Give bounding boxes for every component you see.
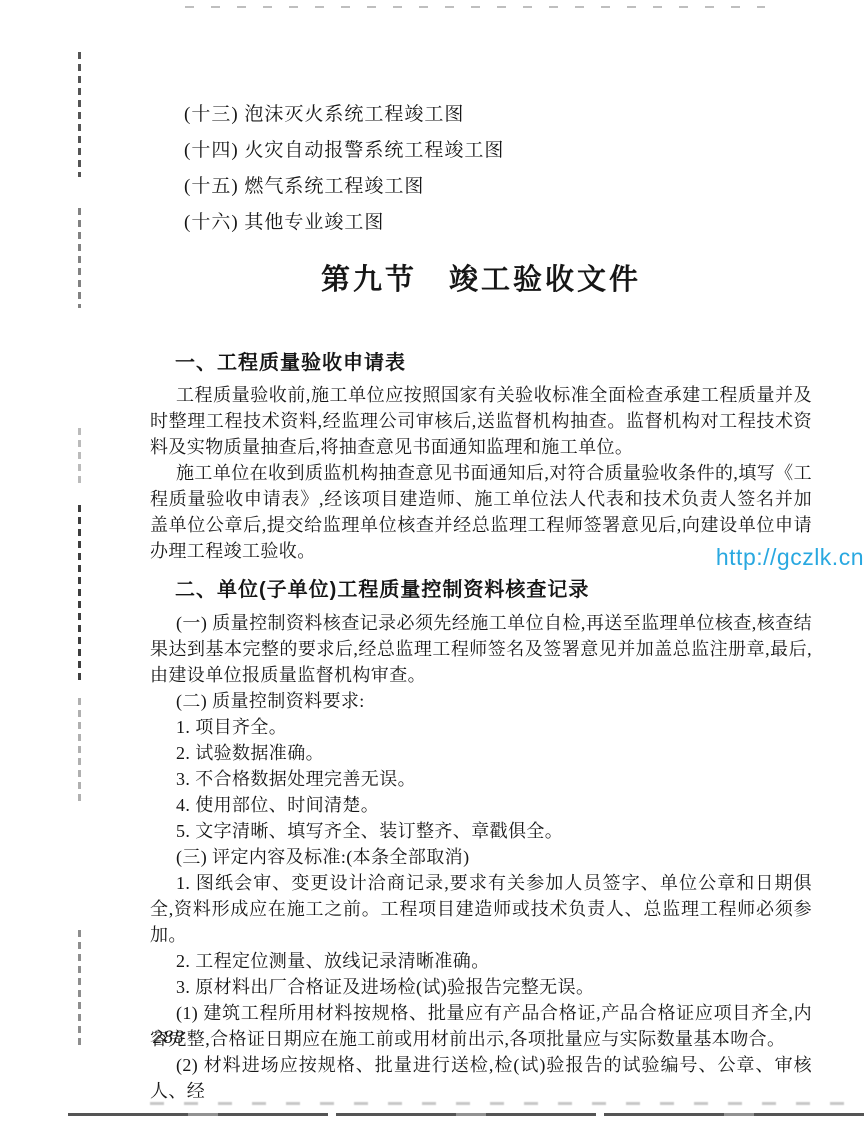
scan-artifact-binding-line — [78, 698, 81, 803]
body-paragraph: 施工单位在收到质监机构抽查意见书面通知后,对符合质量验收条件的,填写《工程质量验… — [150, 460, 812, 564]
evaluation-point: 2. 工程定位测量、放线记录清晰准确。 — [150, 948, 812, 974]
material-point: (2) 材料进场应按规格、批量进行送检,检(试)验报告的试验编号、公章、审核人、… — [150, 1052, 812, 1104]
scan-artifact-binding-line — [78, 428, 81, 483]
list-item: (十三) 泡沫灭火系统工程竣工图 — [150, 97, 812, 133]
material-point: (1) 建筑工程所用材料按规格、批量应有产品合格证,产品合格证应项目齐全,内容完… — [150, 1000, 812, 1052]
body-paragraph: (三) 评定内容及标准:(本条全部取消) — [150, 844, 812, 870]
scan-artifact-binding-line — [78, 208, 81, 308]
page-number: 288 — [153, 1027, 185, 1049]
requirement-item: 1. 项目齐全。 — [150, 714, 812, 740]
scan-artifact-binding-line — [78, 930, 81, 1045]
body-paragraph: (二) 质量控制资料要求: — [150, 688, 812, 714]
body-paragraph: 工程质量验收前,施工单位应按照国家有关验收标准全面检查承建工程质量并及时整理工程… — [150, 382, 812, 460]
requirement-item: 5. 文字清晰、填写齐全、装订整齐、章戳俱全。 — [150, 818, 812, 844]
evaluation-point: 3. 原材料出厂合格证及进场检(试)验报告完整无误。 — [150, 974, 812, 1000]
section-1-heading: 一、工程质量验收申请表 — [150, 346, 812, 375]
requirement-item: 4. 使用部位、时间清楚。 — [150, 792, 812, 818]
scanned-book-page: (十三) 泡沫灭火系统工程竣工图 (十四) 火灾自动报警系统工程竣工图 (十五)… — [0, 0, 867, 1122]
requirement-item: 2. 试验数据准确。 — [150, 740, 812, 766]
text-column: (十三) 泡沫灭火系统工程竣工图 (十四) 火灾自动报警系统工程竣工图 (十五)… — [150, 0, 812, 1104]
watermark-url: http://gczlk.cn — [716, 544, 864, 571]
evaluation-point: 1. 图纸会审、变更设计洽商记录,要求有关参加人员签字、单位公章和日期俱全,资料… — [150, 870, 812, 948]
section-2-heading: 二、单位(子单位)工程质量控制资料核查记录 — [150, 573, 812, 602]
scan-artifact-binding-line — [78, 52, 81, 177]
scan-artifact-bottom-line — [68, 1113, 867, 1116]
body-paragraph: (一) 质量控制资料核查记录必须先经施工单位自检,再送至监理单位核查,核查结果达… — [150, 610, 812, 688]
scan-artifact-binding-line — [78, 505, 81, 685]
list-item: (十六) 其他专业竣工图 — [150, 205, 812, 241]
completion-drawing-list: (十三) 泡沫灭火系统工程竣工图 (十四) 火灾自动报警系统工程竣工图 (十五)… — [150, 97, 812, 241]
list-item: (十五) 燃气系统工程竣工图 — [150, 169, 812, 205]
chapter-heading: 第九节 竣工验收文件 — [150, 257, 812, 298]
list-item: (十四) 火灾自动报警系统工程竣工图 — [150, 133, 812, 169]
requirement-item: 3. 不合格数据处理完善无误。 — [150, 766, 812, 792]
